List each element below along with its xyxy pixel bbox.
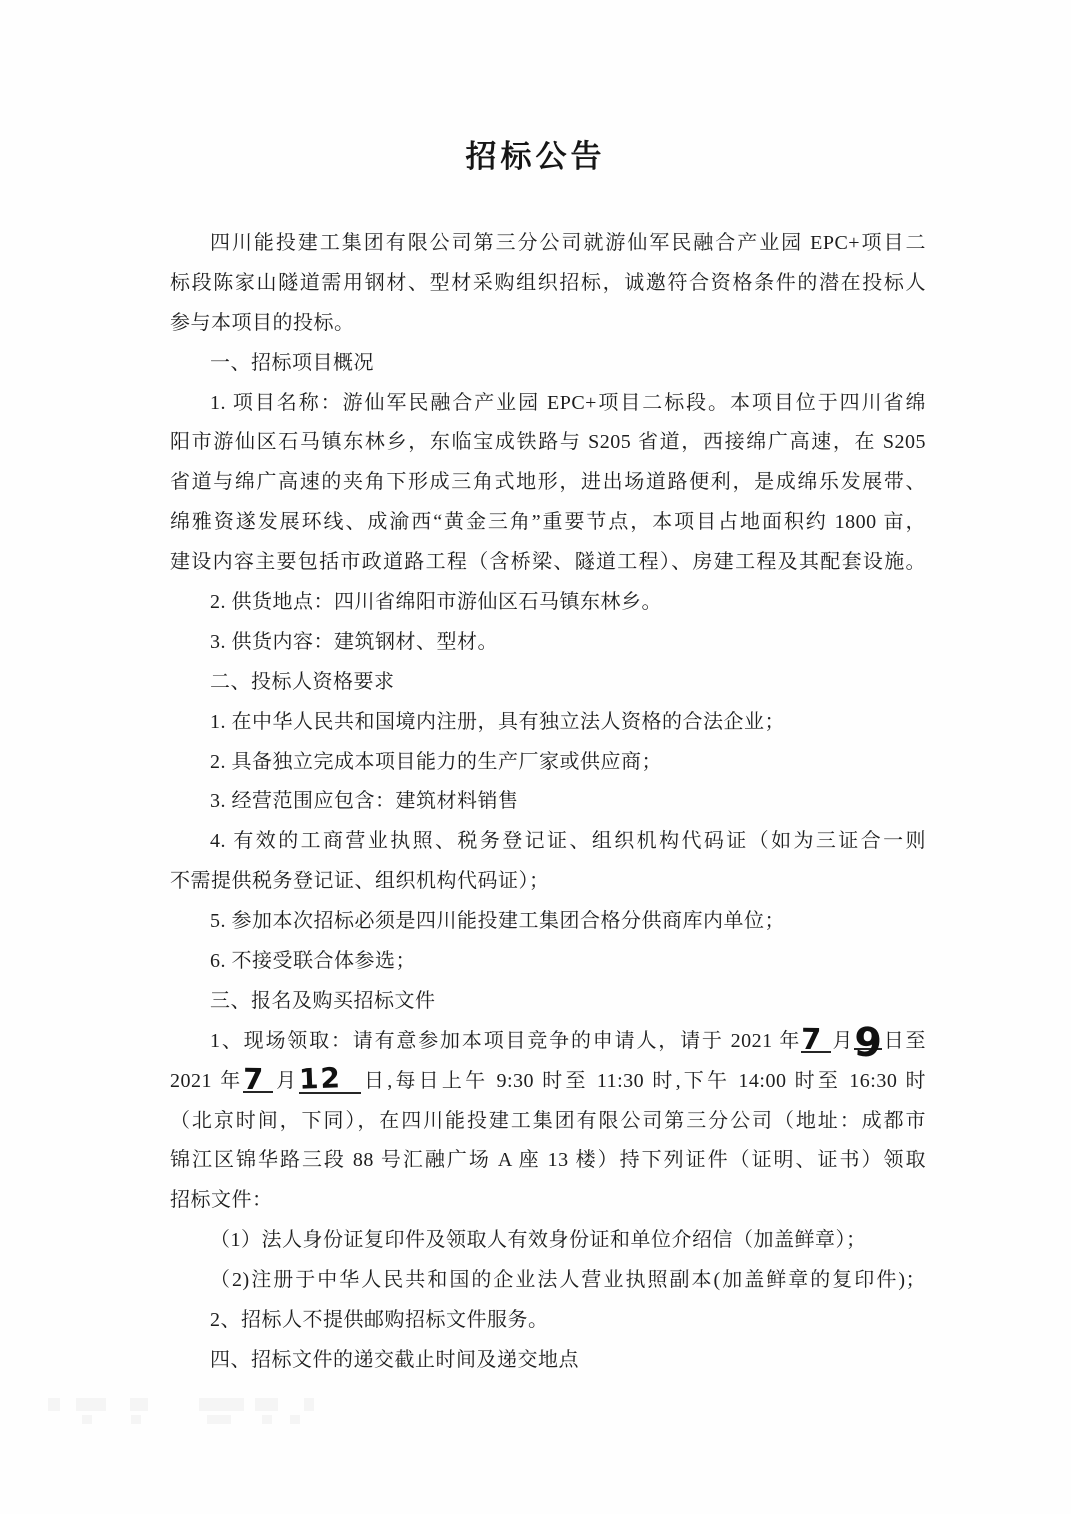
text-segment: 二、投标人资格要求 xyxy=(210,671,395,693)
handwritten-start-month-field: 7 xyxy=(801,1027,831,1053)
handwritten-end-day-field: 12 xyxy=(299,1068,361,1094)
handwritten-end-month: 7 xyxy=(243,1069,264,1089)
item-3-1-line-5: 招标文件： xyxy=(170,1181,926,1221)
document-body: 四川能投建工集团有限公司第三分公司就游仙军民融合产业园 EPC+项目二标段陈家山… xyxy=(170,224,926,1381)
intro-line-2: 标段陈家山隧道需用钢材、型材采购组织招标，诚邀符合资格条件的潜在投标人 xyxy=(170,264,926,304)
document-title: 招标公告 xyxy=(0,131,1071,176)
scan-artifact xyxy=(262,1415,272,1424)
item-3-2: 2、招标人不提供邮购招标文件服务。 xyxy=(170,1301,926,1341)
scan-artifact xyxy=(131,1415,141,1424)
text-segment: 1、现场领取：请有意参加本项目竞争的申请人，请于 2021 年 xyxy=(210,1030,801,1052)
text-segment: 2. 供货地点：四川省绵阳市游仙区石马镇东林乡。 xyxy=(210,591,662,613)
text-segment: 日至 xyxy=(882,1030,926,1052)
text-segment: 3. 经营范围应包含：建筑材料销售 xyxy=(210,790,519,812)
item-2-6: 6. 不接受联合体参选； xyxy=(170,942,926,982)
intro-line-1: 四川能投建工集团有限公司第三分公司就游仙军民融合产业园 EPC+项目二 xyxy=(170,224,926,264)
section-2-heading: 二、投标人资格要求 xyxy=(170,663,926,703)
text-segment: 2、招标人不提供邮购招标文件服务。 xyxy=(210,1309,549,1331)
item-2-2: 2. 具备独立完成本项目能力的生产厂家或供应商； xyxy=(170,743,926,783)
text-segment: 日,每日上午 9:30 时至 11:30 时,下午 14:00 时至 16:30… xyxy=(361,1070,926,1092)
item-3-1-line-1: 1、现场领取：请有意参加本项目竞争的申请人，请于 2021 年7月9日至 xyxy=(170,1022,926,1062)
text-segment: （2)注册于中华人民共和国的企业法人营业执照副本(加盖鲜章的复印件)； xyxy=(210,1269,926,1291)
text-segment: 月 xyxy=(831,1030,854,1052)
scan-artifact xyxy=(76,1398,106,1411)
text-segment: 2. 具备独立完成本项目能力的生产厂家或供应商； xyxy=(210,751,662,773)
scan-artifact xyxy=(130,1398,148,1411)
text-segment: 月 xyxy=(273,1070,299,1092)
item-2-4-line-2: 不需提供税务登记证、组织机构代码证）； xyxy=(170,862,926,902)
item-3-1-sub-1: （1）法人身份证复印件及领取人有效身份证和单位介绍信（加盖鲜章）； xyxy=(170,1221,926,1261)
text-segment: 省道与绵广高速的夹角下形成三角式地形，进出场道路便利，是成绵乐发展带、 xyxy=(170,471,926,493)
handwritten-end-day: 12 xyxy=(299,1068,343,1089)
item-2-1: 1. 在中华人民共和国境内注册，具有独立法人资格的合法企业； xyxy=(170,703,926,743)
text-segment: 2021 年 xyxy=(170,1070,243,1092)
handwritten-start-day: 9 xyxy=(854,1032,883,1053)
scan-artifact xyxy=(304,1398,314,1411)
section-3-heading: 三、报名及购买招标文件 xyxy=(170,982,926,1022)
text-segment: 招标文件： xyxy=(170,1189,273,1211)
scan-artifact xyxy=(207,1415,231,1424)
document-page: 招标公告 四川能投建工集团有限公司第三分公司就游仙军民融合产业园 EPC+项目二… xyxy=(0,0,1071,1514)
text-segment: 不需提供税务登记证、组织机构代码证）； xyxy=(170,870,550,892)
handwritten-end-month-field: 7 xyxy=(243,1067,273,1093)
item-1-1-line-5: 建设内容主要包括市政道路工程（含桥梁、隧道工程）、房建工程及其配套设施。 xyxy=(170,543,926,583)
text-segment: 1. 在中华人民共和国境内注册，具有独立法人资格的合法企业； xyxy=(210,711,785,733)
item-1-3: 3. 供货内容：建筑钢材、型材。 xyxy=(170,623,926,663)
text-segment: 四、招标文件的递交截止时间及递交地点 xyxy=(210,1349,579,1371)
text-segment: 阳市游仙区石马镇东林乡，东临宝成铁路与 S205 省道，西接绵广高速，在 S20… xyxy=(170,431,926,453)
scan-artifact xyxy=(48,1398,60,1411)
text-segment: 1. 项目名称：游仙军民融合产业园 EPC+项目二标段。本项目位于四川省绵 xyxy=(210,392,926,414)
text-segment: 3. 供货内容：建筑钢材、型材。 xyxy=(210,631,498,653)
item-2-5: 5. 参加本次招标必须是四川能投建工集团合格分供商库内单位； xyxy=(170,902,926,942)
scan-artifact xyxy=(199,1398,244,1411)
text-segment: 4. 有效的工商营业执照、税务登记证、组织机构代码证（如为三证合一则 xyxy=(210,830,926,852)
item-3-1-sub-2: （2)注册于中华人民共和国的企业法人营业执照副本(加盖鲜章的复印件)； xyxy=(170,1261,926,1301)
text-segment: （北京时间，下同），在四川能投建工集团有限公司第三分公司（地址：成都市 xyxy=(170,1110,926,1132)
item-3-1-line-2: 2021 年7月12日,每日上午 9:30 时至 11:30 时,下午 14:0… xyxy=(170,1062,926,1102)
text-segment: 三、报名及购买招标文件 xyxy=(210,990,436,1012)
text-segment: 建设内容主要包括市政道路工程（含桥梁、隧道工程）、房建工程及其配套设施。 xyxy=(170,551,926,573)
item-2-3: 3. 经营范围应包含：建筑材料销售 xyxy=(170,782,926,822)
text-segment: 参与本项目的投标。 xyxy=(170,312,355,334)
text-segment: 四川能投建工集团有限公司第三分公司就游仙军民融合产业园 EPC+项目二 xyxy=(210,232,926,254)
item-3-1-line-4: 锦江区锦华路三段 88 号汇融广场 A 座 13 楼）持下列证件（证明、证书）领… xyxy=(170,1141,926,1181)
scan-artifact xyxy=(290,1415,300,1424)
item-1-1-line-3: 省道与绵广高速的夹角下形成三角式地形，进出场道路便利，是成绵乐发展带、 xyxy=(170,463,926,503)
handwritten-start-month: 7 xyxy=(801,1029,822,1049)
item-1-2: 2. 供货地点：四川省绵阳市游仙区石马镇东林乡。 xyxy=(170,583,926,623)
text-segment: 锦江区锦华路三段 88 号汇融广场 A 座 13 楼）持下列证件（证明、证书）领… xyxy=(170,1149,926,1171)
text-segment: （1）法人身份证复印件及领取人有效身份证和单位介绍信（加盖鲜章）； xyxy=(210,1229,867,1251)
item-1-1-line-4: 绵雅资遂发展环线、成渝西“黄金三角”重要节点，本项目占地面积约 1800 亩， xyxy=(170,503,926,543)
text-segment: 标段陈家山隧道需用钢材、型材采购组织招标，诚邀符合资格条件的潜在投标人 xyxy=(170,272,926,294)
scan-artifact xyxy=(82,1415,92,1424)
item-2-4-line-1: 4. 有效的工商营业执照、税务登记证、组织机构代码证（如为三证合一则 xyxy=(170,822,926,862)
item-1-1-line-2: 阳市游仙区石马镇东林乡，东临宝成铁路与 S205 省道，西接绵广高速，在 S20… xyxy=(170,423,926,463)
text-segment: 绵雅资遂发展环线、成渝西“黄金三角”重要节点，本项目占地面积约 1800 亩， xyxy=(170,511,926,533)
handwritten-start-day-field: 9 xyxy=(854,1024,882,1050)
text-segment: 6. 不接受联合体参选； xyxy=(210,950,416,972)
text-segment: 一、招标项目概况 xyxy=(210,352,374,374)
scan-artifact xyxy=(255,1398,278,1411)
section-1-heading: 一、招标项目概况 xyxy=(170,344,926,384)
section-4-heading: 四、招标文件的递交截止时间及递交地点 xyxy=(170,1341,926,1381)
item-1-1-line-1: 1. 项目名称：游仙军民融合产业园 EPC+项目二标段。本项目位于四川省绵 xyxy=(170,384,926,424)
intro-line-3: 参与本项目的投标。 xyxy=(170,304,926,344)
item-3-1-line-3: （北京时间，下同），在四川能投建工集团有限公司第三分公司（地址：成都市 xyxy=(170,1102,926,1142)
text-segment: 5. 参加本次招标必须是四川能投建工集团合格分供商库内单位； xyxy=(210,910,785,932)
